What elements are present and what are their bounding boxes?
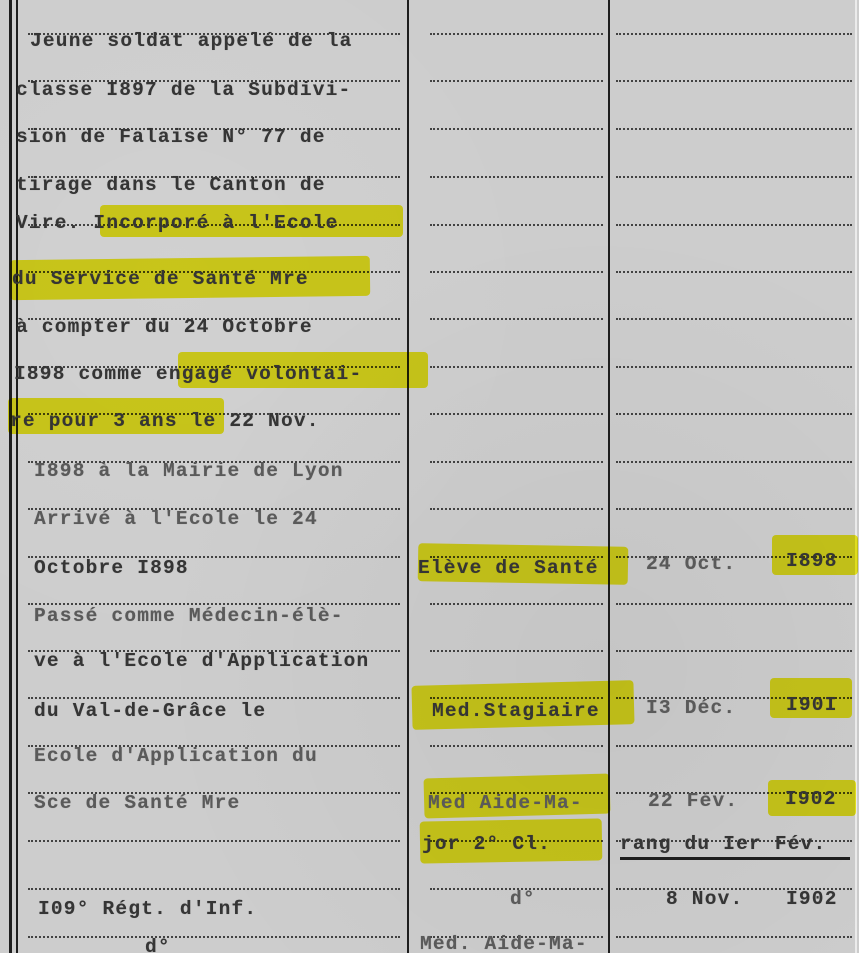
record-line-16: Ecole d'Application du (34, 745, 318, 767)
record-line-5-highlighted: Incorporé à l'Ecole (93, 212, 338, 234)
grade-entry-1: Elève de Santé (418, 557, 599, 579)
dotted-rule (430, 271, 603, 273)
dotted-rule (430, 128, 603, 130)
grade-entry-4: d° (510, 888, 536, 910)
record-line-14: ve à l'Ecole d'Application (34, 650, 369, 672)
record-line-13: Passé comme Médecin-élè- (34, 605, 344, 627)
record-line-5: Vire. Incorporé à l'Ecole (16, 212, 339, 234)
record-line-10: I898 à la Mairie de Lyon (34, 460, 344, 482)
dotted-rule (28, 936, 400, 938)
date-entry-2: I3 Déc. (646, 697, 736, 719)
dotted-rule (616, 318, 852, 320)
record-line-5-plain: Vire. (16, 212, 93, 234)
year-entry-3: I902 (785, 788, 837, 810)
record-line-9-plain: le 22 Nov. (178, 410, 320, 432)
dotted-rule (616, 128, 852, 130)
column-divider-grade (407, 0, 409, 953)
dotted-rule (28, 697, 400, 699)
record-line-8-plain: I898 comme (14, 363, 156, 385)
date-entry-3: 22 Fév. (648, 790, 738, 812)
dotted-rule (616, 650, 852, 652)
dotted-rule (430, 33, 603, 35)
rank-note-underline (620, 857, 850, 860)
document-page: Jeune soldat appelé de la classe I897 de… (0, 0, 859, 953)
dotted-rule (616, 224, 852, 226)
dotted-rule (430, 224, 603, 226)
dotted-rule (430, 366, 603, 368)
dotted-rule (616, 603, 852, 605)
dotted-rule (430, 413, 603, 415)
year-entry-2: I90I (786, 694, 838, 716)
date-entry-1: 24 Oct. (646, 553, 736, 575)
record-line-17: Sce de Santé Mre (34, 792, 240, 814)
grade-entry-5: Med. Aide-Ma- (420, 933, 588, 953)
dotted-rule (616, 461, 852, 463)
record-line-7: à compter du 24 Octobre (16, 316, 313, 338)
dotted-rule (430, 508, 603, 510)
rank-note: rang du Ier Fév. (620, 833, 826, 855)
dotted-rule (616, 936, 852, 938)
dotted-rule (430, 650, 603, 652)
dotted-rule (28, 888, 400, 890)
dotted-rule (430, 80, 603, 82)
grade-entry-3: Med Aide-Ma- (428, 792, 583, 814)
dotted-rule (616, 366, 852, 368)
dotted-rule (616, 745, 852, 747)
year-entry-1: I898 (786, 550, 838, 572)
dotted-rule (430, 745, 603, 747)
dotted-rule (28, 840, 400, 842)
record-line-1: Jeune soldat appelé de la (30, 30, 353, 52)
dotted-rule (616, 33, 852, 35)
dotted-rule (616, 508, 852, 510)
record-line-11: Arrivé à l'Ecole le 24 (34, 508, 318, 530)
record-line-8: I898 comme engagé volontai- (14, 363, 362, 385)
record-line-8-highlighted: engagé volontai- (156, 363, 362, 385)
record-line-6: du Service de Santé Mre (12, 268, 309, 290)
record-line-9: re pour 3 ans le 22 Nov. (10, 410, 320, 432)
dotted-rule (616, 176, 852, 178)
dotted-rule (430, 176, 603, 178)
dotted-rule (616, 271, 852, 273)
record-line-9-highlighted: re pour 3 ans (10, 410, 178, 432)
dotted-rule (430, 461, 603, 463)
dotted-rule (616, 80, 852, 82)
dotted-rule (430, 318, 603, 320)
dotted-rule (430, 603, 603, 605)
dotted-rule (616, 413, 852, 415)
record-line-3: sion de Falaise N° 77 de (16, 126, 326, 148)
left-border-rule (9, 0, 12, 953)
year-entry-4: I902 (786, 888, 838, 910)
record-line-15: du Val-de-Grâce le (34, 700, 266, 722)
grade-entry-2: Med.Stagiaire (432, 700, 600, 722)
record-line-20: d° (145, 936, 171, 953)
date-entry-4: 8 Nov. (666, 888, 743, 910)
grade-entry-3-cont: jor 2° Cl. (422, 833, 551, 855)
record-line-19: I09° Régt. d'Inf. (38, 898, 257, 920)
record-line-4: tirage dans le Canton de (16, 174, 326, 196)
record-line-2: classe I897 de la Subdivi- (16, 79, 351, 101)
record-line-12: Octobre I898 (34, 557, 189, 579)
